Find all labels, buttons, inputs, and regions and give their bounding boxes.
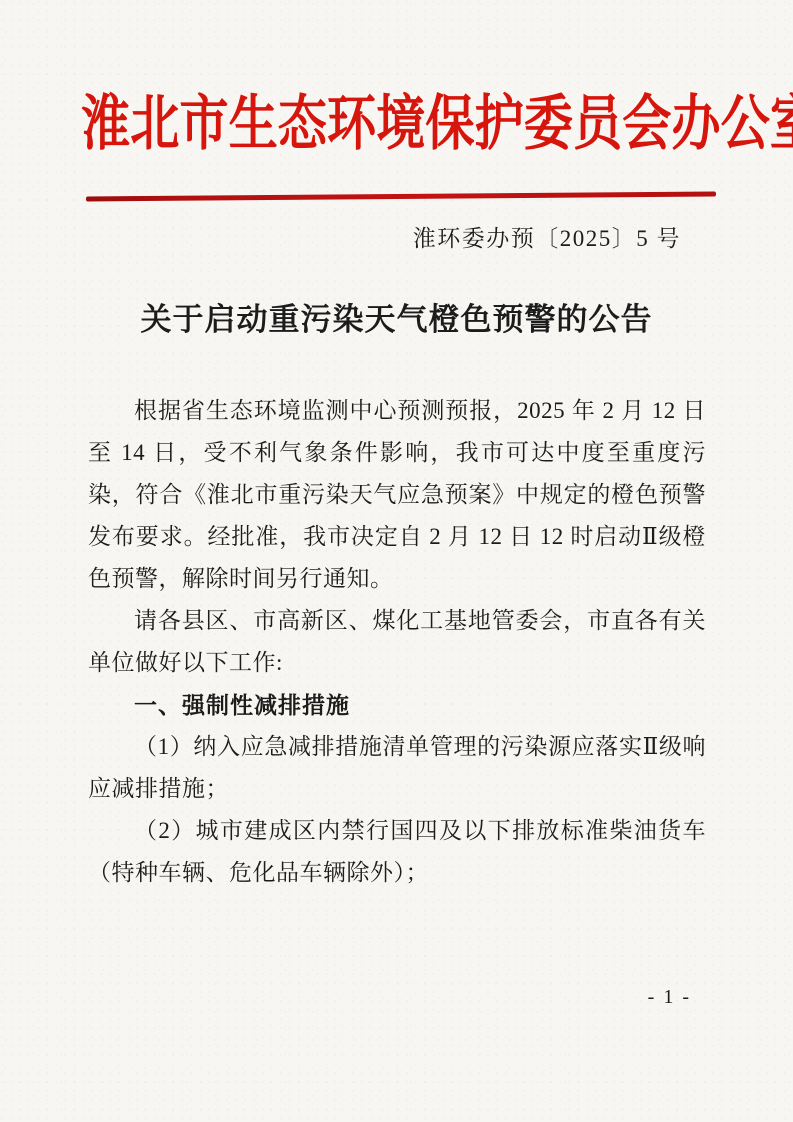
page-number: - 1 - xyxy=(648,986,691,1009)
paragraph-intro: 根据省生态环境监测中心预测预报，2025 年 2 月 12 日至 14 日，受不… xyxy=(88,390,706,600)
section-heading-mandatory-measures: 一、强制性减排措施 xyxy=(88,684,706,726)
document-body: 根据省生态环境监测中心预测预报，2025 年 2 月 12 日至 14 日，受不… xyxy=(88,390,706,894)
org-letterhead-text: 淮北市生态环境保护委员会办公室 xyxy=(81,90,793,159)
scanned-document-page: 淮北市生态环境保护委员会办公室 淮环委办预〔2025〕5 号 关于启动重污染天气… xyxy=(0,0,793,1122)
paragraph-request: 请各县区、市高新区、煤化工基地管委会，市直各有关单位做好以下工作: xyxy=(88,600,706,684)
measure-item-1: （1）纳入应急减排措施清单管理的污染源应落实Ⅱ级响应减排措施； xyxy=(88,726,706,810)
document-title: 关于启动重污染天气橙色预警的公告 xyxy=(0,294,793,339)
letterhead-separator-line xyxy=(86,192,716,201)
org-letterhead: 淮北市生态环境保护委员会办公室 xyxy=(0,90,793,159)
document-number: 淮环委办预〔2025〕5 号 xyxy=(413,220,681,253)
measure-item-2: （2）城市建成区内禁行国四及以下排放标准柴油货车（特种车辆、危化品车辆除外）； xyxy=(88,810,706,894)
